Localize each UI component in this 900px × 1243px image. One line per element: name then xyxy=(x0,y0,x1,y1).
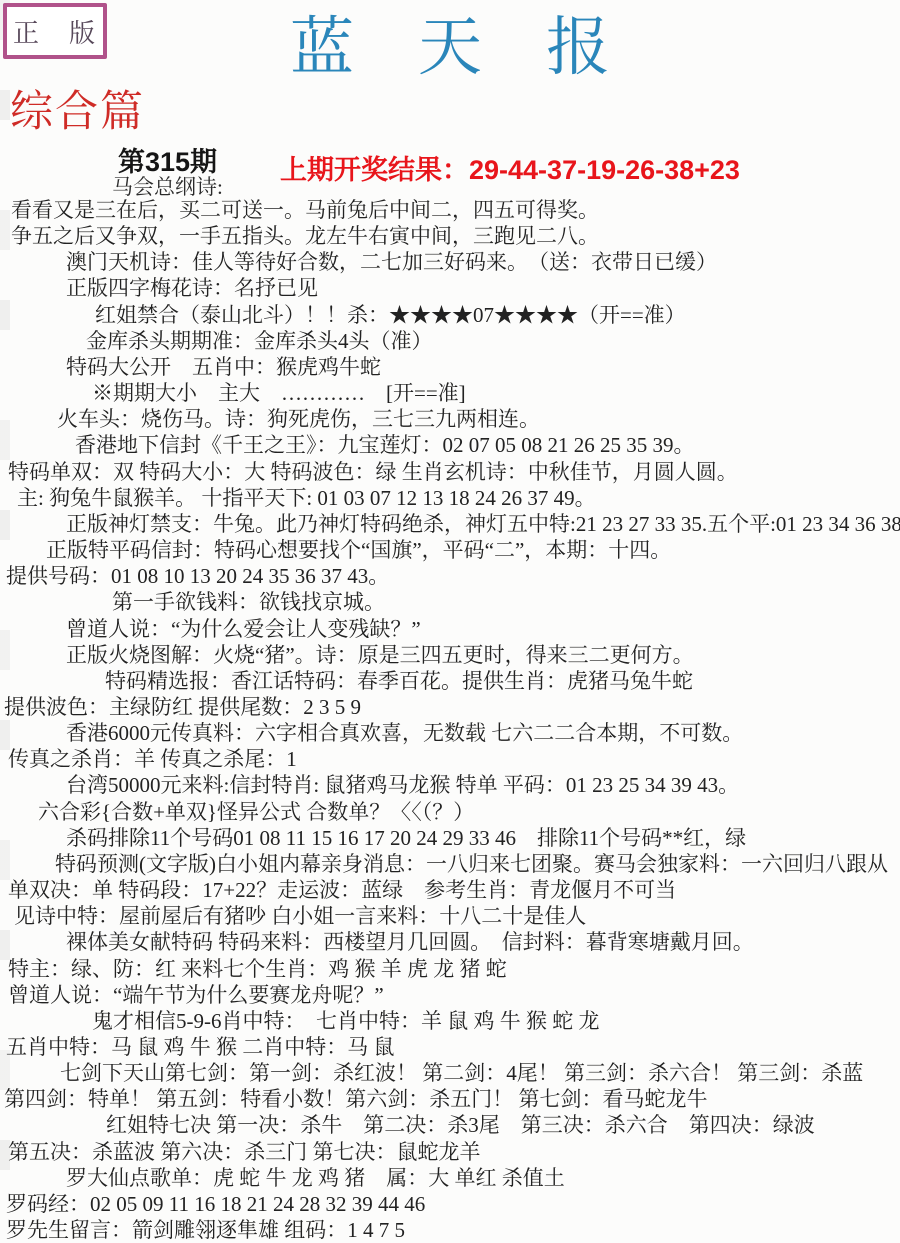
body-line: 澳门天机诗：佳人等待好合数，二七加三好码来。 （送：衣带日已缓） xyxy=(0,249,900,275)
body-line: 特码精选报：香江话特码：春季百花。提供生肖：虎猪马兔牛蛇 xyxy=(0,668,900,694)
body-lines: 看看又是三在后，买二可送一。马前兔后中间二，四五可得奖。争五之后又争双，一手五指… xyxy=(0,197,900,1243)
body-line: 五肖中特：马 鼠 鸡 牛 猴 二肖中特：马 鼠 xyxy=(0,1034,900,1060)
body-line: 正版特平码信封：特码心想要找个“国旗”，平码“二”，本期：十四。 xyxy=(0,537,900,563)
body-line: 罗先生留言：箭剑雕翎逐隼雄 组码：1 4 7 5 xyxy=(0,1217,900,1243)
last-draw-result: 上期开奖结果：29-44-37-19-26-38+23 xyxy=(280,148,740,187)
body-line: 正版神灯禁支：牛兔。此乃神灯特码绝杀，神灯五中特:21 23 27 33 35.… xyxy=(0,511,900,537)
body-line: 曾道人说：“端午节为什么要赛龙舟呢？” xyxy=(0,982,900,1008)
body-line: 特主：绿、防：红 来料七个生肖：鸡 猴 羊 虎 龙 猪 蛇 xyxy=(0,956,900,982)
body-line: 罗大仙点歌单：虎 蛇 牛 龙 鸡 猪 属：大 单红 杀值土 xyxy=(0,1165,900,1191)
body-line: 罗码经：02 05 09 11 16 18 21 24 28 32 39 44 … xyxy=(0,1191,900,1217)
body-line: 金库杀头期期准：金库杀头4头（准） xyxy=(0,328,900,354)
section-label: 综合篇 xyxy=(10,88,145,138)
body-line: 红姐禁合（泰山北斗）！！杀：★★★★07★★★★（开==准） xyxy=(0,302,900,328)
body-line: 鬼才相信5-9-6肖中特： 七肖中特：羊 鼠 鸡 牛 猴 蛇 龙 xyxy=(0,1008,900,1034)
body-line: 传真之杀肖：羊 传真之杀尾：1 xyxy=(0,746,900,772)
body-line: 见诗中特：屋前屋后有猪吵 白小姐一言来料：十八二十是佳人 xyxy=(0,903,900,929)
newspaper-page: 正 版 蓝天报 综合篇 第315期 上期开奖结果：29-44-37-19-26-… xyxy=(0,0,900,1243)
body-line: 第一手欲钱料：欲钱找京城。 xyxy=(0,589,900,615)
body-line: 红姐特七决 第一决：杀牛 第二决：杀3尾 第三决：杀六合 第四决：绿波 xyxy=(0,1112,900,1138)
body-line: 火车头：烧伤马。诗：狗死虎伤，三七三九两相连。 xyxy=(0,406,900,432)
body-line: 提供号码：01 08 10 13 20 24 35 36 37 43。 xyxy=(0,563,900,589)
body-line: 台湾50000元来料:信封特肖: 鼠猪鸡马龙猴 特单 平码：01 23 25 3… xyxy=(0,772,900,798)
body-line: 曾道人说：“为什么爱会让人变残缺？” xyxy=(0,616,900,642)
body-line: 杀码排除11个号码01 08 11 15 16 17 20 24 29 33 4… xyxy=(0,825,900,851)
body-line: ※期期大小 主大 ………… [开==准] xyxy=(0,380,900,406)
body-line: 香港6000元传真料：六字相合真欢喜，无数载 七六二二合本期，不可数。 xyxy=(0,720,900,746)
body-line: 特码大公开 五肖中：猴虎鸡牛蛇 xyxy=(0,354,900,380)
body-line: 提供波色：主绿防红 提供尾数：2 3 5 9 xyxy=(0,694,900,720)
body-line: 六合彩{合数+单双}怪异公式 合数单？〈〈（？） xyxy=(0,799,900,825)
body-line: 裸体美女献特码 特码来料：西楼望月几回圆。 信封料：暮背寒塘戴月回。 xyxy=(0,929,900,955)
page-title: 蓝天报 xyxy=(0,10,900,86)
body-line: 看看又是三在后，买二可送一。马前兔后中间二，四五可得奖。 xyxy=(0,197,900,223)
body-line: 七剑下天山第七剑：第一剑：杀红波！ 第二剑：4尾！ 第三剑：杀六合！ 第三剑：杀… xyxy=(0,1060,900,1086)
body-line: 第四剑：特单！ 第五剑：特看小数！第六剑：杀五门！ 第七剑：看马蛇龙牛 xyxy=(0,1086,900,1112)
body-line: 单双决：单 特码段：17+22？走运波：蓝绿 参考生肖：青龙偃月不可当 xyxy=(0,877,900,903)
body-line: 特码预测(文字版)白小姐内幕亲身消息：一八归来七团聚。赛马会独家料：一六回归八跟… xyxy=(0,851,900,877)
body-line: 正版四字梅花诗：名抒已见 xyxy=(0,275,900,301)
body-line: 香港地下信封《千王之王》：九宝莲灯：02 07 05 08 21 26 25 3… xyxy=(0,432,900,458)
body-line: 主: 狗兔牛鼠猴羊。 十指平天下: 01 03 07 12 13 18 24 2… xyxy=(0,485,900,511)
body-line: 正版火烧图解：火烧“猪”。诗：原是三四五更时，得来三二更何方。 xyxy=(0,642,900,668)
body-line: 争五之后又争双，一手五指头。龙左牛右寅中间，三跑见二八。 xyxy=(0,223,900,249)
body-line: 第五决：杀蓝波 第六决：杀三门 第七决：鼠蛇龙羊 xyxy=(0,1139,900,1165)
body-line: 特码单双：双 特码大小：大 特码波色：绿 生肖玄机诗：中秋佳节，月圆人圆。 xyxy=(0,459,900,485)
